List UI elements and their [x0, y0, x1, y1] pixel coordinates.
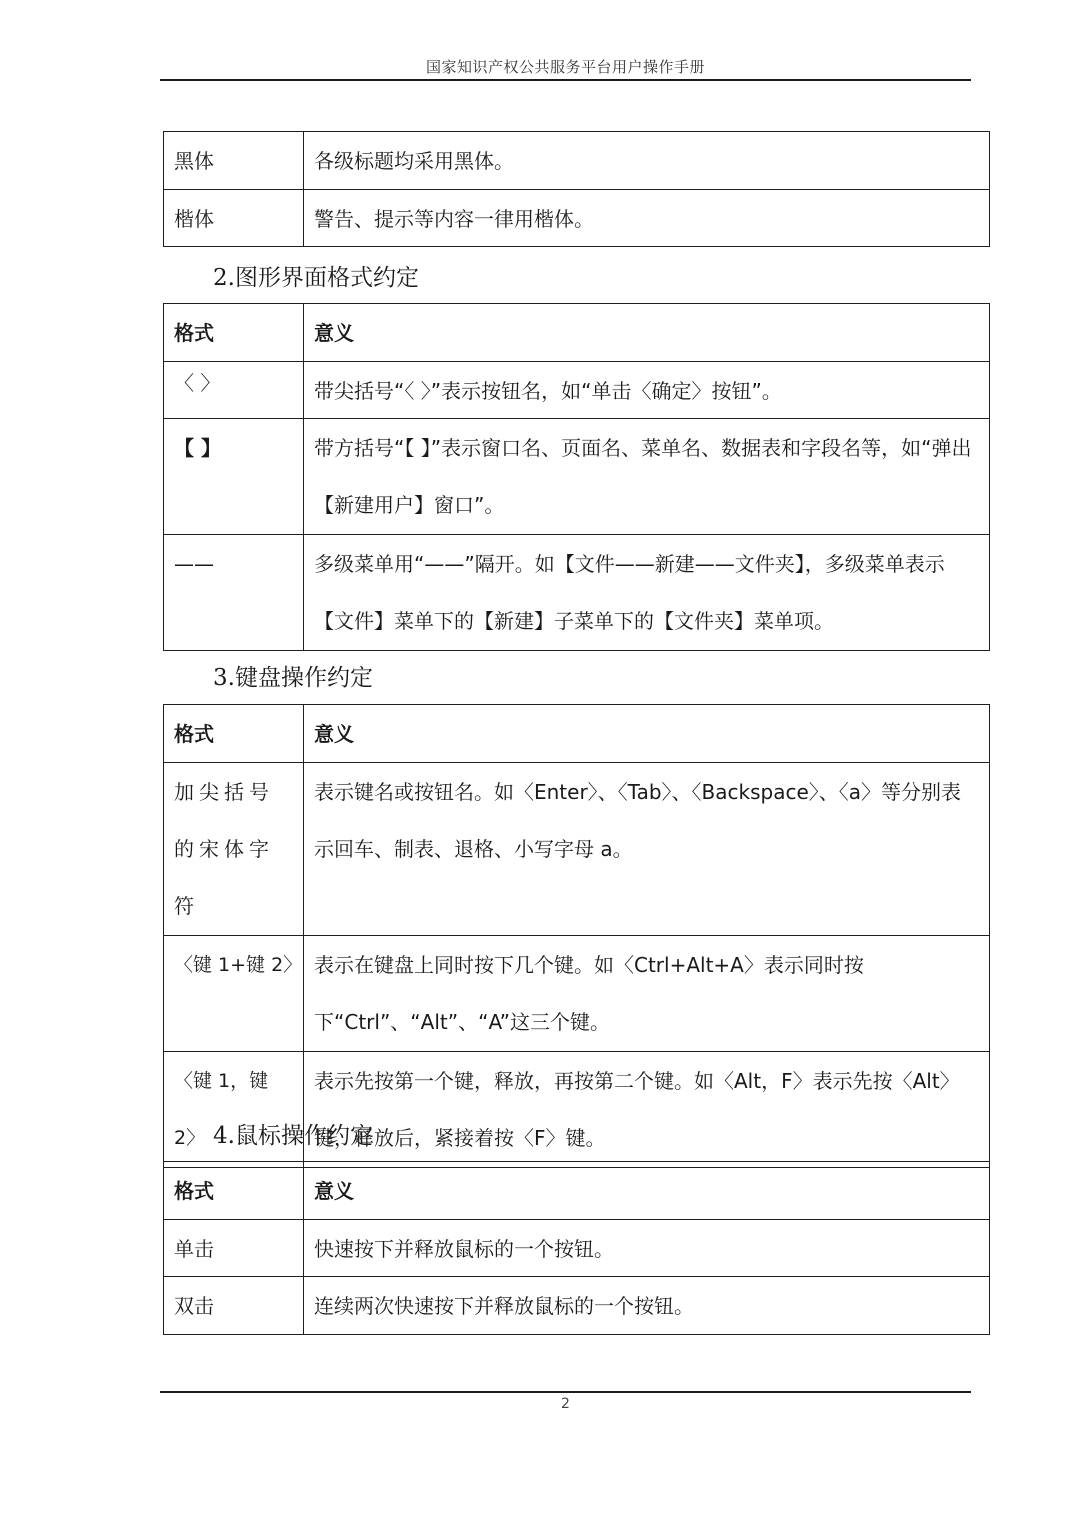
meaning-cell: 快速按下并释放鼠标的一个按钮。	[304, 1219, 990, 1277]
meaning-text: 快速按下并释放鼠标的一个按钮。	[314, 1220, 979, 1264]
header-text: 格式	[174, 705, 293, 749]
meaning-text: 带尖括号“〈 〉”表示按钮名，如“单击〈确定〉按钮”。	[314, 362, 979, 406]
format-text: 加尖括号的宋体字符	[174, 750, 293, 935]
header-text: 意义	[314, 1162, 979, 1206]
meaning-text: 带方括号“【 】”表示窗口名、页面名、菜单名、数据表和字段名等，如“弹出【新建用…	[314, 406, 979, 534]
format-text: 〈 〉	[174, 362, 293, 398]
header-divider	[160, 79, 971, 81]
header-text: 格式	[174, 1162, 293, 1206]
meaning-text: 表示先按第一个键，释放，再按第二个键。如〈Alt，F〉表示先按〈Alt〉键，释放…	[314, 1039, 979, 1167]
table-row: 单击 快速按下并释放鼠标的一个按钮。	[164, 1219, 990, 1277]
table-row: 双击 连续两次快速按下并释放鼠标的一个按钮。	[164, 1277, 990, 1335]
table-row: 加尖括号的宋体字符 表示键名或按钮名。如〈Enter〉、〈Tab〉、〈Backs…	[164, 762, 990, 935]
meaning-cell: 表示在键盘上同时按下几个键。如〈Ctrl+Alt+A〉表示同时按下“Ctrl”、…	[304, 935, 990, 1051]
meaning-cell: 警告、提示等内容一律用楷体。	[304, 189, 990, 247]
column-header-meaning: 意义	[304, 304, 990, 362]
table-header-row: 格式 意义	[164, 304, 990, 362]
footer-divider	[160, 1391, 971, 1393]
meaning-text: 表示在键盘上同时按下几个键。如〈Ctrl+Alt+A〉表示同时按下“Ctrl”、…	[314, 923, 979, 1051]
meaning-cell: 连续两次快速按下并释放鼠标的一个按钮。	[304, 1277, 990, 1335]
meaning-text: 多级菜单用“——”隔开。如【文件——新建——文件夹】，多级菜单表示【文件】菜单下…	[314, 522, 979, 650]
page-number: 2	[160, 1396, 971, 1412]
mouse-conventions-table: 格式 意义 单击 快速按下并释放鼠标的一个按钮。 双击 连续两次快速按下并释放鼠…	[163, 1161, 990, 1335]
format-cell: ——	[164, 535, 304, 651]
format-cell: 加尖括号的宋体字符	[164, 762, 304, 935]
format-cell: 单击	[164, 1219, 304, 1277]
meaning-text: 各级标题均采用黑体。	[314, 132, 979, 176]
meaning-cell: 各级标题均采用黑体。	[304, 132, 990, 190]
page-header-title: 国家知识产权公共服务平台用户操作手册	[160, 56, 971, 77]
meaning-text: 警告、提示等内容一律用楷体。	[314, 190, 979, 234]
format-cell: 〈键 1+键 2〉	[164, 935, 304, 1051]
meaning-cell: 表示键名或按钮名。如〈Enter〉、〈Tab〉、〈Backspace〉、〈a〉等…	[304, 762, 990, 935]
meaning-text: 表示键名或按钮名。如〈Enter〉、〈Tab〉、〈Backspace〉、〈a〉等…	[314, 750, 979, 878]
gui-conventions-table: 格式 意义 〈 〉 带尖括号“〈 〉”表示按钮名，如“单击〈确定〉按钮”。 【 …	[163, 303, 990, 651]
format-cell: 楷体	[164, 189, 304, 247]
meaning-cell: 多级菜单用“——”隔开。如【文件——新建——文件夹】，多级菜单表示【文件】菜单下…	[304, 535, 990, 651]
column-header-meaning: 意义	[304, 1162, 990, 1220]
meaning-text: 连续两次快速按下并释放鼠标的一个按钮。	[314, 1277, 979, 1321]
format-cell: 双击	[164, 1277, 304, 1335]
header-text: 意义	[314, 705, 979, 749]
format-text: 单击	[174, 1220, 293, 1264]
table-header-row: 格式 意义	[164, 1162, 990, 1220]
meaning-cell: 表示先按第一个键，释放，再按第二个键。如〈Alt，F〉表示先按〈Alt〉键，释放…	[304, 1051, 990, 1167]
keyboard-conventions-table: 格式 意义 加尖括号的宋体字符 表示键名或按钮名。如〈Enter〉、〈Tab〉、…	[163, 704, 990, 1168]
table-row: 黑体 各级标题均采用黑体。	[164, 132, 990, 190]
section-heading-gui: 2.图形界面格式约定	[213, 259, 419, 292]
font-conventions-table: 黑体 各级标题均采用黑体。 楷体 警告、提示等内容一律用楷体。	[163, 131, 990, 247]
column-header-format: 格式	[164, 304, 304, 362]
header-text: 格式	[174, 304, 293, 348]
table-row: 〈键 1+键 2〉 表示在键盘上同时按下几个键。如〈Ctrl+Alt+A〉表示同…	[164, 935, 990, 1051]
table-row: 楷体 警告、提示等内容一律用楷体。	[164, 189, 990, 247]
format-text: 【 】	[174, 406, 293, 477]
format-text: 楷体	[174, 190, 293, 234]
section-heading-keyboard: 3.键盘操作约定	[213, 659, 373, 692]
header-text: 意义	[314, 304, 979, 348]
format-text: ——	[174, 522, 293, 593]
column-header-format: 格式	[164, 1162, 304, 1220]
section-heading-mouse: 4.鼠标操作约定	[213, 1117, 373, 1150]
table-row: 【 】 带方括号“【 】”表示窗口名、页面名、菜单名、数据表和字段名等，如“弹出…	[164, 419, 990, 535]
format-cell: 黑体	[164, 132, 304, 190]
format-text: 双击	[174, 1277, 293, 1321]
format-text: 黑体	[174, 132, 293, 176]
format-cell: 【 】	[164, 419, 304, 535]
table-row: —— 多级菜单用“——”隔开。如【文件——新建——文件夹】，多级菜单表示【文件】…	[164, 535, 990, 651]
meaning-cell: 带方括号“【 】”表示窗口名、页面名、菜单名、数据表和字段名等，如“弹出【新建用…	[304, 419, 990, 535]
